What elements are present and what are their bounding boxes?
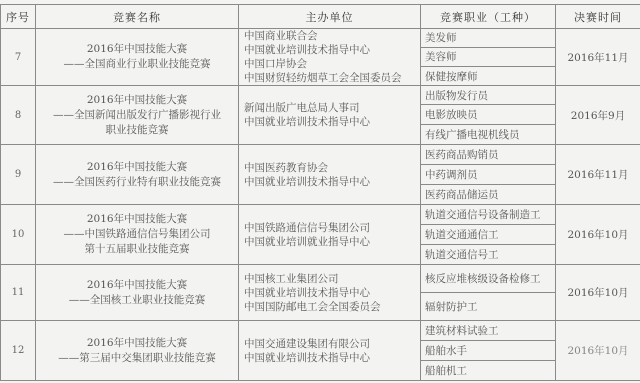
- occupation: 保健按摩师: [421, 67, 556, 86]
- organizers: 中国交通建设集团有限公司 中国就业培训技术指导中心: [239, 321, 421, 381]
- occupation: 美容师: [421, 47, 556, 67]
- occupation: 医药商品储运员: [421, 185, 556, 205]
- occupation: 船舶水手: [421, 341, 556, 361]
- organizers: 中国医药教育协会 中国就业培训技术指导中心: [239, 145, 421, 205]
- header-no: 序号: [1, 5, 36, 29]
- occupation: 出版物发行员: [421, 86, 556, 105]
- competition-name: 2016年中国技能大赛 ——第三届中交集团职业技能竞赛: [36, 321, 239, 381]
- row-no: 7: [1, 29, 36, 86]
- table-row: 11 2016年中国技能大赛 ——全国核工业职业技能竞赛 中国核工业集团公司 中…: [1, 265, 640, 293]
- occupation: 轨道交通通信工: [421, 225, 556, 245]
- competition-name: 2016年中国技能大赛 ——全国新闻出版发行广播影视行业 职业技能竞赛: [36, 86, 239, 145]
- final-date: 2016年10月: [556, 265, 640, 321]
- organizers: 中国铁路通信信号集团公司 中国就业培训就业指导中心: [239, 205, 421, 265]
- competition-name: 2016年中国技能大赛 ——中国铁路通信信号集团公司 第十五届职业技能竞赛: [36, 205, 239, 265]
- occupation: 核反应堆核级设备检修工: [421, 265, 556, 293]
- competition-name: 2016年中国技能大赛 ——全国商业行业职业技能竞赛: [36, 29, 239, 86]
- header-final-date: 决赛时间: [556, 5, 640, 29]
- table-row: 10 2016年中国技能大赛 ——中国铁路通信信号集团公司 第十五届职业技能竞赛…: [1, 205, 640, 225]
- row-no: 12: [1, 321, 36, 381]
- occupation: 轨道交通信号工: [421, 245, 556, 265]
- organizers: 新闻出版广电总局人事司 中国就业培训技术指导中心: [239, 86, 421, 145]
- occupation: 美发师: [421, 29, 556, 48]
- final-date: 2016年10月: [556, 321, 640, 381]
- table-header-row: 序号 竞赛名称 主办单位 竞赛职业（工种） 决赛时间: [1, 5, 640, 29]
- table-row: 8 2016年中国技能大赛 ——全国新闻出版发行广播影视行业 职业技能竞赛 新闻…: [1, 86, 640, 105]
- occupation: 辐射防护工: [421, 293, 556, 321]
- competition-name: 2016年中国技能大赛 ——全国医药行业特有职业技能竞赛: [36, 145, 239, 205]
- header-name: 竞赛名称: [36, 5, 239, 29]
- occupation: 中药调剂员: [421, 165, 556, 185]
- row-no: 8: [1, 86, 36, 145]
- competition-name: 2016年中国技能大赛 ——全国核工业职业技能竞赛: [36, 265, 239, 321]
- occupation: 医药商品购销员: [421, 145, 556, 165]
- header-occupation: 竞赛职业（工种）: [421, 5, 556, 29]
- occupation: 有线广播电视机线员: [421, 125, 556, 145]
- final-date: 2016年10月: [556, 205, 640, 265]
- occupation: 电影放映员: [421, 105, 556, 125]
- final-date: 2016年9月: [556, 86, 640, 145]
- table-row: 7 2016年中国技能大赛 ——全国商业行业职业技能竞赛 中国商业联合会 中国就…: [1, 29, 640, 48]
- document-page: 序号 竞赛名称 主办单位 竞赛职业（工种） 决赛时间 7 2016年中国技能大赛…: [0, 0, 640, 383]
- row-no: 11: [1, 265, 36, 321]
- final-date: 2016年11月: [556, 145, 640, 205]
- table-row: 12 2016年中国技能大赛 ——第三届中交集团职业技能竞赛 中国交通建设集团有…: [1, 321, 640, 341]
- occupation: 船舶机工: [421, 361, 556, 381]
- final-date: 2016年11月: [556, 29, 640, 86]
- row-no: 9: [1, 145, 36, 205]
- competition-table: 序号 竞赛名称 主办单位 竞赛职业（工种） 决赛时间 7 2016年中国技能大赛…: [0, 4, 640, 381]
- occupation: 建筑材料试验工: [421, 321, 556, 341]
- table-row: 9 2016年中国技能大赛 ——全国医药行业特有职业技能竞赛 中国医药教育协会 …: [1, 145, 640, 165]
- organizers: 中国核工业集团公司 中国就业培训技术指导中心 中国国防邮电工会全国委员会: [239, 265, 421, 321]
- occupation: 轨道交通信号设备制造工: [421, 205, 556, 225]
- row-no: 10: [1, 205, 36, 265]
- organizers: 中国商业联合会 中国就业培训技术指导中心 中国口岸协会 中国财贸轻纺烟草工会全国…: [239, 29, 421, 86]
- header-organizer: 主办单位: [239, 5, 421, 29]
